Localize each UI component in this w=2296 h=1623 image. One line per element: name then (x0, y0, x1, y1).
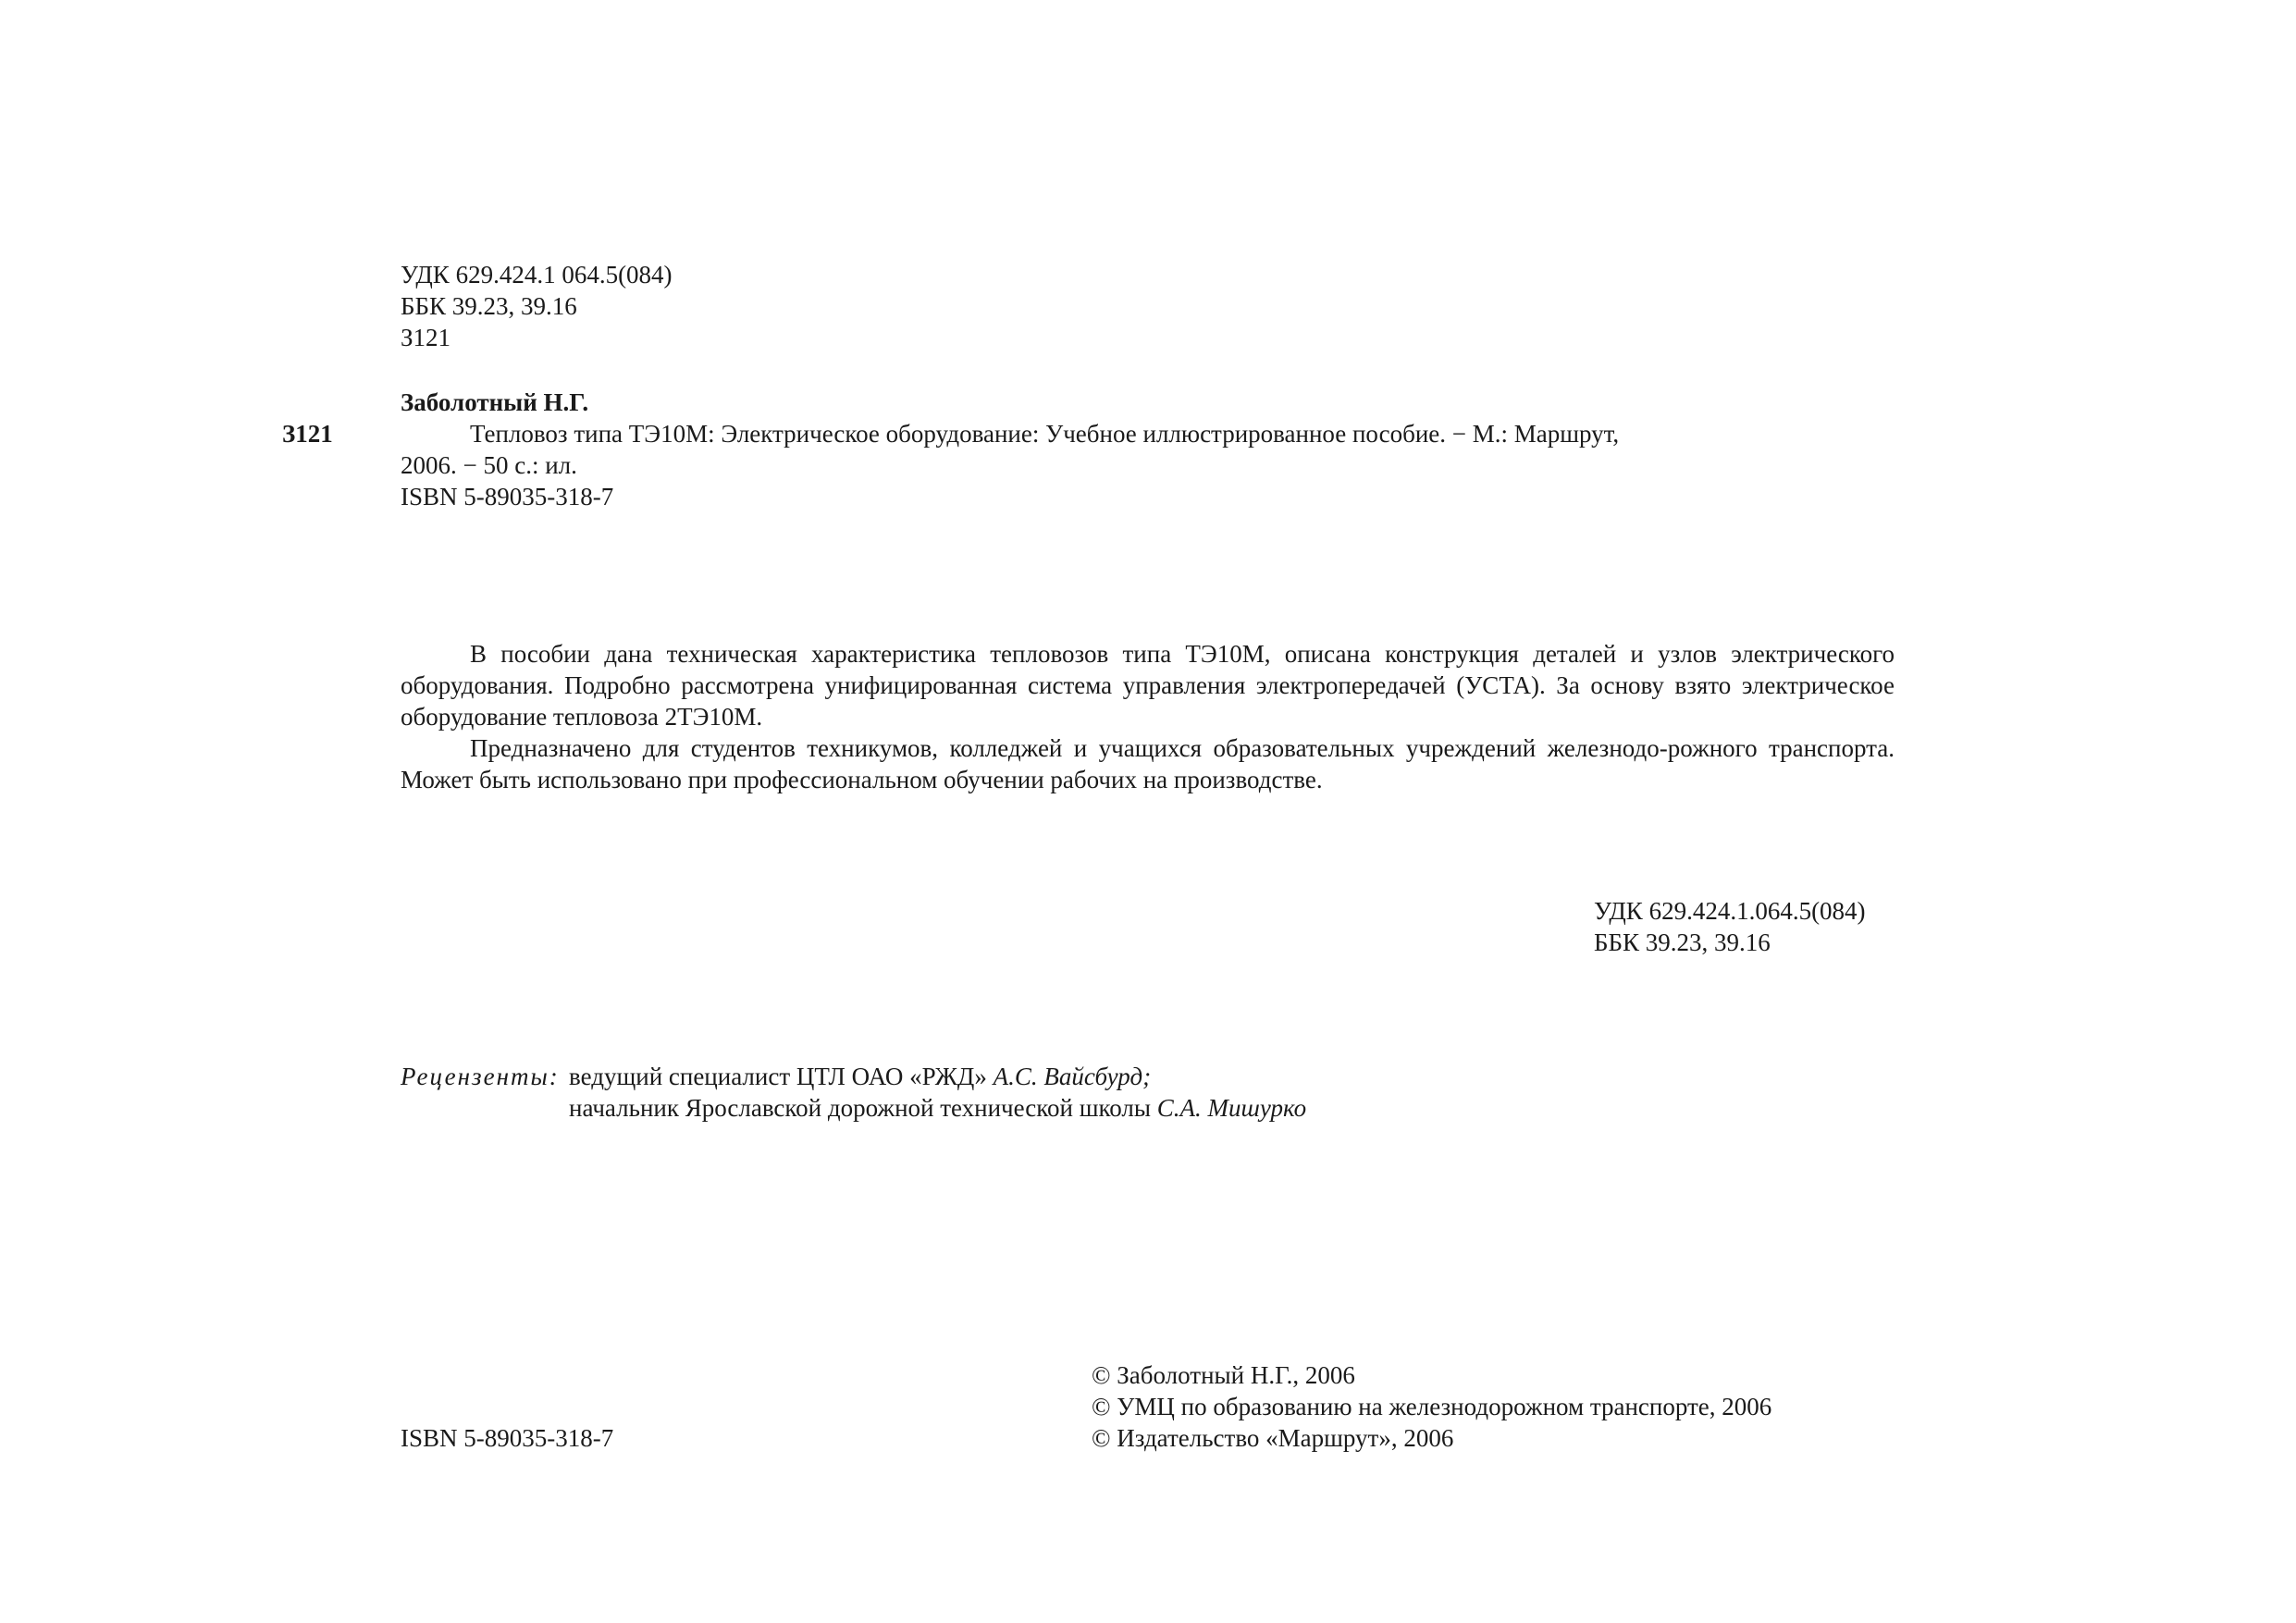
abstract-paragraph: Предназначено для студентов техникумов, … (401, 732, 1895, 795)
classification-right: УДК 629.424.1.064.5(084) ББК 39.23, 39.1… (1594, 895, 1866, 958)
reviewers-list: ведущий специалист ЦТЛ ОАО «РЖД» А.С. Ва… (569, 1061, 1306, 1124)
udk-code: УДК 629.424.1 064.5(084) (401, 259, 673, 290)
author-mark-margin: З121 (282, 418, 333, 449)
reviewer-name: А.С. Вайсбурд (994, 1063, 1143, 1090)
reviewers-label: Рецензенты: (401, 1061, 560, 1092)
bibliographic-record: Тепловоз типа ТЭ10М: Электрическое обору… (401, 418, 1619, 512)
abstract: В пособии дана техническая характеристик… (401, 638, 1895, 795)
reviewer-name: С.А. Мишурко (1157, 1094, 1306, 1122)
bbk-code-right: ББК 39.23, 39.16 (1594, 927, 1866, 958)
imprint-line: 2006. − 50 с.: ил. (401, 449, 1619, 481)
copyright-block: © Заболотный Н.Г., 2006 © УМЦ по образов… (1092, 1359, 1771, 1454)
udk-code-right: УДК 629.424.1.064.5(084) (1594, 895, 1866, 927)
copyright-line: © Заболотный Н.Г., 2006 (1092, 1359, 1771, 1391)
abstract-paragraph: В пособии дана техническая характеристик… (401, 638, 1895, 732)
title-line: Тепловоз типа ТЭ10М: Электрическое обору… (401, 418, 1619, 449)
copyright-line: © УМЦ по образованию на железнодорожном … (1092, 1391, 1771, 1422)
author-mark: З121 (401, 322, 673, 353)
copyright-line: © Издательство «Маршрут», 2006 (1092, 1422, 1771, 1454)
reviewer-item: начальник Ярославской дорожной техническ… (569, 1092, 1306, 1124)
author-name: Заболотный Н.Г. (401, 387, 588, 418)
classification-top: УДК 629.424.1 064.5(084) ББК 39.23, 39.1… (401, 259, 673, 353)
footer-isbn: ISBN 5-89035-318-7 (401, 1422, 613, 1454)
bbk-code: ББК 39.23, 39.16 (401, 290, 673, 322)
reviewer-item: ведущий специалист ЦТЛ ОАО «РЖД» А.С. Ва… (569, 1061, 1306, 1092)
isbn-line: ISBN 5-89035-318-7 (401, 481, 1619, 512)
